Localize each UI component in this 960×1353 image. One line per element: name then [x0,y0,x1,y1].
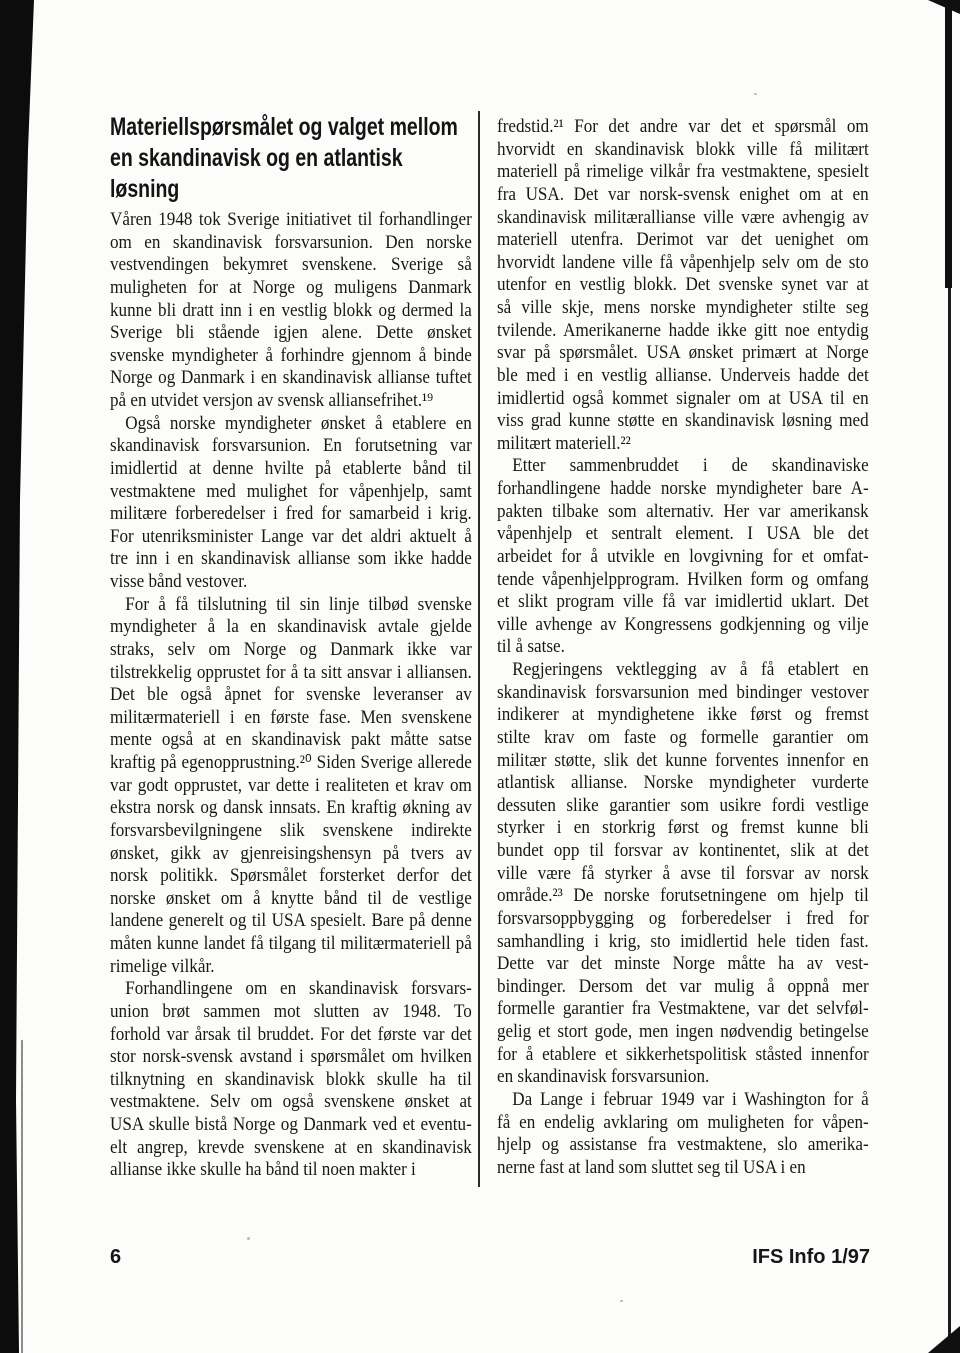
text-line: ville avhenge av Kongressens godkjenning… [497,614,869,637]
text-line: så ville skje, mens norske myndigheter s… [497,297,869,320]
text-line: om en skandinavisk forsvarsunion. Den no… [110,232,472,255]
text-line: hvorvidt landene ville få våpenhjelp sel… [497,252,869,275]
text-line: ville være få styrker å avse til forsvar… [497,863,869,886]
text-line: norske ønsket om å knytte bånd til de ve… [110,888,472,911]
text-line: tilknytning en skandinavisk blokk skulle… [110,1069,472,1092]
text-line: elt angrep, krevde svenskene at en skand… [110,1137,472,1160]
text-line: dessuten slike garantier som usikre ford… [497,795,869,818]
text-line: Dette var det minste Norge måtte ha av v… [497,953,869,976]
text-line: muligheten for at Norge og muligens Danm… [110,277,472,300]
text-line: myndigheter å la en skandinavisk avtale … [110,616,472,639]
column-divider-rule [478,111,480,1187]
text-line: bindinger. Dersom det var mulig å oppnå … [497,976,869,999]
text-line: forsvarsoppbygging og forberedelser i fr… [497,908,869,931]
text-line: militære forberedelser i fred for samarb… [110,503,472,526]
text-line: hjelp og assistanse fra vestmaktene, slo… [497,1134,869,1157]
text-line: var godt opprustet, var dette i realitet… [110,775,472,798]
text-line: få en endelig avklaring om muligheten fo… [497,1112,869,1135]
text-line: tende våpenhjelpprogram. Hvilken form og… [497,569,869,592]
text-line: ekstra norsk og dansk innsats. En krafti… [110,797,472,820]
text-line: stilte krav om faste og formelle garanti… [497,727,869,750]
article-title-line-3: løsning [110,174,458,205]
text-line: ønsket, gikk av gjenreisingshensyn på tv… [110,843,472,866]
text-line: for å etablere et sikkerhetspolitisk stå… [497,1044,869,1067]
text-line: Forhandlingene om en skandinavisk forsva… [110,978,472,1001]
scan-speck [247,1237,250,1240]
text-line: imidlertid at denne hvilte på etablerte … [110,458,472,481]
text-line: Det ble også åpnet for svenske leveranse… [110,684,472,707]
text-line: vestmaktene. Selv om også svenskene ønsk… [110,1091,472,1114]
text-line: norsk politikk. Spørsmålet forsterket de… [110,865,472,888]
text-line: Norge og Danmark i en skandinavisk allia… [110,367,472,390]
text-line: For utenriksminister Lange var det aldri… [110,526,472,549]
text-line: union brøt sammen mot slutten av 1948. T… [110,1001,472,1024]
text-line: militær støtte, slik det kunne forventes… [497,750,869,773]
text-line: militærmateriell i en første fase. Men s… [110,707,472,730]
text-line: materiell på rimelige vilkår fra vestmak… [497,161,869,184]
text-line: våpenhjelp et sentralt element. I USA bl… [497,523,869,546]
scan-artifact-bottom-right-corner [928,1326,960,1353]
text-line: en skandinavisk forsvarsunion. [497,1066,869,1089]
text-line: kraftig på egenopprustning.²⁰ Siden Sver… [110,752,472,775]
text-line: Regjeringens vektlegging av å få etabler… [497,659,869,682]
text-line: bundet opp til forsvar av kontinentet, s… [497,840,869,863]
text-line: forsvarsbevilgningene slik svenskene ind… [110,820,472,843]
text-line: Sverige bli stående igjen alene. Dette ø… [110,322,472,345]
text-line: militært materiell.²² [497,433,869,456]
text-line: For å få tilslutning til sin linje tilbø… [110,594,472,617]
scan-artifact-left-edge-band [0,0,36,1353]
article-title-line-2: en skandinavisk og en atlantisk [110,143,458,174]
text-line: kunne bli dratt inn i en vestlig blokk o… [110,300,472,323]
text-line: atlantisk allianse. Norske myndigheter v… [497,772,869,795]
page-number: 6 [110,1246,121,1269]
text-line: skandinavisk militærallianse ville være … [497,207,869,230]
journal-reference: IFS Info 1/97 [752,1246,870,1269]
text-line: rimelige vilkår. [110,956,472,979]
text-line: stor norsk-svensk avstand i spørsmålet o… [110,1046,472,1069]
text-line: visse bånd vestover. [110,571,472,594]
text-line: tre inn i en skandinavisk allianse som i… [110,548,472,571]
text-line: USA skulle bistå Norge og Danmark ved et… [110,1114,472,1137]
text-line: allianse ikke skulle ha bånd til noen ma… [110,1159,472,1182]
text-line: vestvendingen bekymret svenskene. Sverig… [110,254,472,277]
text-line: skandinavisk forsvarsunion med bindinger… [497,682,869,705]
text-line: utenfor en vestlig blokk. Det svenske sy… [497,274,869,297]
text-line: Etter sammenbruddet i de skandinaviske [497,455,869,478]
text-line: samhandling i krig, sto imidlertid hele … [497,931,869,954]
text-line: et slikt program ville få var imidlertid… [497,591,869,614]
text-line: mente også at en skandinavisk pakt måtte… [110,729,472,752]
text-line: straks, selv om Norge og Danmark ikke va… [110,639,472,662]
text-line: imidlertid også kommet signaler om at US… [497,388,869,411]
text-line: Også norske myndigheter ønsket å etabler… [110,413,472,436]
right-column-text: fredstid.²¹ For det andre var det et spø… [497,116,869,1179]
text-line: på en utvidet versjon av svensk allianse… [110,390,472,413]
text-line: vestmaktene med mulighet for våpenhjelp,… [110,481,472,504]
scanned-document-page: Materiellspørsmålet og valget mellom en … [0,0,960,1353]
text-line: svar på spørsmålet. USA ønsket primært a… [497,342,869,365]
text-line: måten kunne landet få tilgang til militæ… [110,933,472,956]
text-line: forhandlingene hadde norske myndigheter … [497,478,869,501]
text-line: viss grad kunne støtte en skandinavisk l… [497,410,869,433]
text-line: svenske myndigheter å forhindre gjennom … [110,345,472,368]
text-line: styrker i en storkrig først og fremst ku… [497,817,869,840]
scan-artifact-top-right-corner [928,0,960,14]
text-line: Våren 1948 tok Sverige initiativet til f… [110,209,472,232]
article-title-line-1: Materiellspørsmålet og valget mellom [110,112,458,143]
text-line: indikerer at myndighetene ikke først og … [497,704,869,727]
left-column-text: Våren 1948 tok Sverige initiativet til f… [110,209,472,1182]
scan-speck [620,1300,623,1302]
text-line: område.²³ De norske forutsetningene om h… [497,885,869,908]
article-title: Materiellspørsmålet og valget mellom en … [110,112,458,205]
text-line: arbeidet for å utvikle en lovgivning for… [497,546,869,569]
text-line: gelig et stort gode, men ingen nødvendig… [497,1021,869,1044]
scan-artifact-left-edge-line [21,1040,23,1353]
text-line: pakten tilbake som alternativ. Her var a… [497,501,869,524]
scan-speck [430,335,432,337]
text-line: hvorvidt en skandinavisk blokk ville få … [497,139,869,162]
text-line: forhold var årsak til bruddet. For det f… [110,1024,472,1047]
text-line: materiell utenfra. Derimot var det uenig… [497,229,869,252]
text-line: tilstrekkelig opprustet for å ta sitt an… [110,662,472,685]
scan-speck [754,93,757,95]
text-line: landene generelt og til USA spesielt. Ba… [110,910,472,933]
scan-artifact-right-edge-thick-line [945,0,952,288]
text-line: nerne fast at land som sluttet seg til U… [497,1157,869,1180]
text-line: Da Lange i februar 1949 var i Washington… [497,1089,869,1112]
text-line: ble med i en vestlig allianse. Underveis… [497,365,869,388]
text-line: fra USA. Det var norsk-svensk enighet om… [497,184,869,207]
text-line: skandinavisk forsvarsunion. En forutsetn… [110,435,472,458]
text-line: fredstid.²¹ For det andre var det et spø… [497,116,869,139]
text-line: tvilende. Amerikanerne hadde ikke gitt n… [497,320,869,343]
text-line: til å satse. [497,636,869,659]
text-line: formelle garantier fra Vestmaktene, var … [497,998,869,1021]
